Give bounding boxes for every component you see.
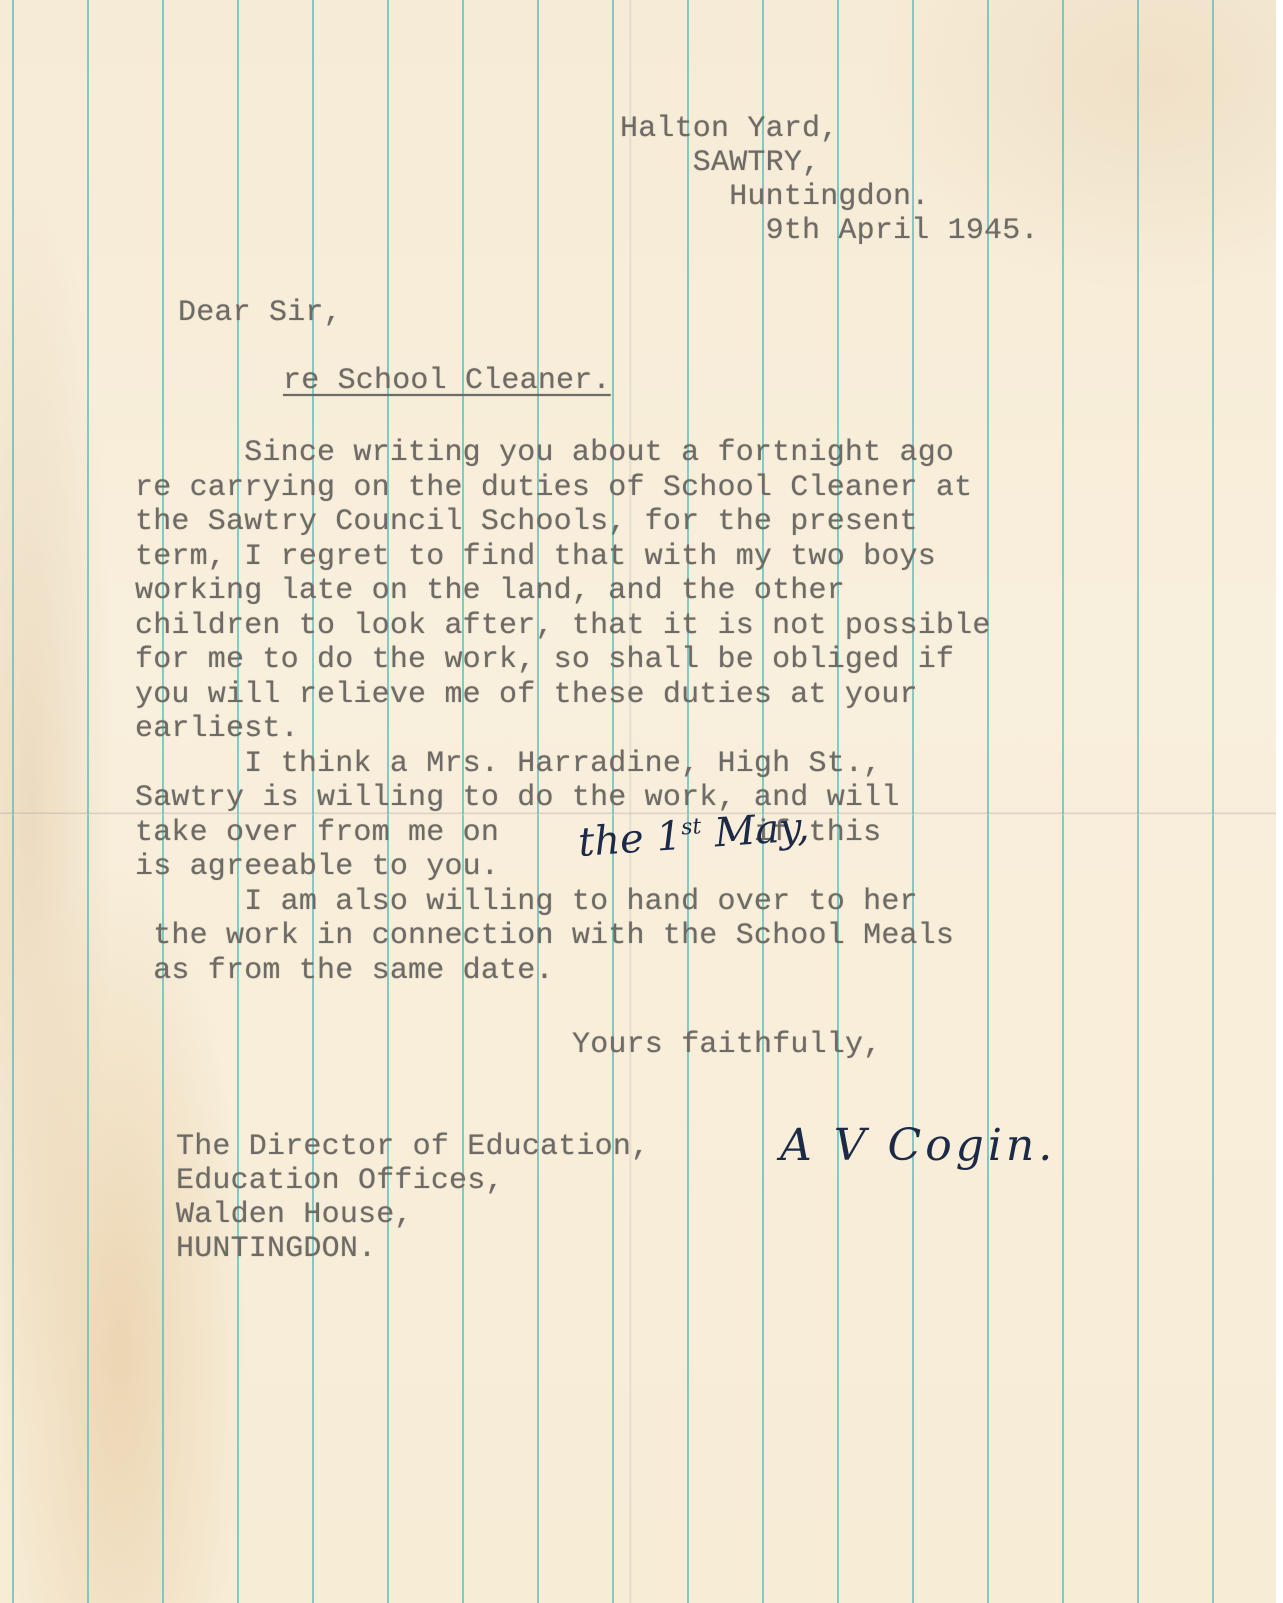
body-line: you will relieve me of these duties at y… — [135, 678, 991, 713]
body-line: take over from me on if this — [135, 816, 991, 851]
sender-address-line: Huntingdon. — [620, 180, 1039, 214]
recipient-line: Walden House, — [176, 1198, 649, 1232]
body-line: as from the same date. — [135, 954, 991, 989]
recipient-address: The Director of Education,Education Offi… — [176, 1130, 649, 1266]
body-line: earliest. — [135, 712, 991, 747]
body-line: children to look after, that it is not p… — [135, 609, 991, 644]
handwritten-date-prefix: the 1 — [577, 813, 684, 866]
body-line: I think a Mrs. Harradine, High St., — [135, 747, 991, 782]
subject-line: re School Cleaner. — [283, 364, 611, 398]
body-line: the Sawtry Council Schools, for the pres… — [135, 505, 991, 540]
body-line: the work in connection with the School M… — [135, 919, 991, 954]
body-line: term, I regret to find that with my two … — [135, 540, 991, 575]
body-line: is agreeable to you. — [135, 850, 991, 885]
sender-address-line: Halton Yard, — [620, 112, 1039, 146]
closing: Yours faithfully, — [572, 1028, 881, 1062]
body-line: re carrying on the duties of School Clea… — [135, 471, 991, 506]
body-line: for me to do the work, so shall be oblig… — [135, 643, 991, 678]
letter-body: Since writing you about a fortnight agor… — [135, 436, 991, 988]
sender-address-line: SAWTRY, — [620, 146, 1039, 180]
handwritten-date-suffix: May, — [700, 804, 810, 857]
handwritten-date-ordinal: st — [680, 814, 702, 840]
letter-date: 9th April 1945. — [620, 214, 1039, 248]
recipient-line: The Director of Education, — [176, 1130, 649, 1164]
sender-address: Halton Yard, SAWTRY, Huntingdon. 9th Apr… — [620, 112, 1039, 248]
salutation: Dear Sir, — [178, 296, 342, 330]
body-line: working late on the land, and the other — [135, 574, 991, 609]
body-line: I am also willing to hand over to her — [135, 885, 991, 920]
recipient-line: HUNTINGDON. — [176, 1232, 649, 1266]
body-line: Since writing you about a fortnight ago — [135, 436, 991, 471]
signature: A V Cogin. — [780, 1120, 1056, 1171]
body-line: Sawtry is willing to do the work, and wi… — [135, 781, 991, 816]
recipient-line: Education Offices, — [176, 1164, 649, 1198]
